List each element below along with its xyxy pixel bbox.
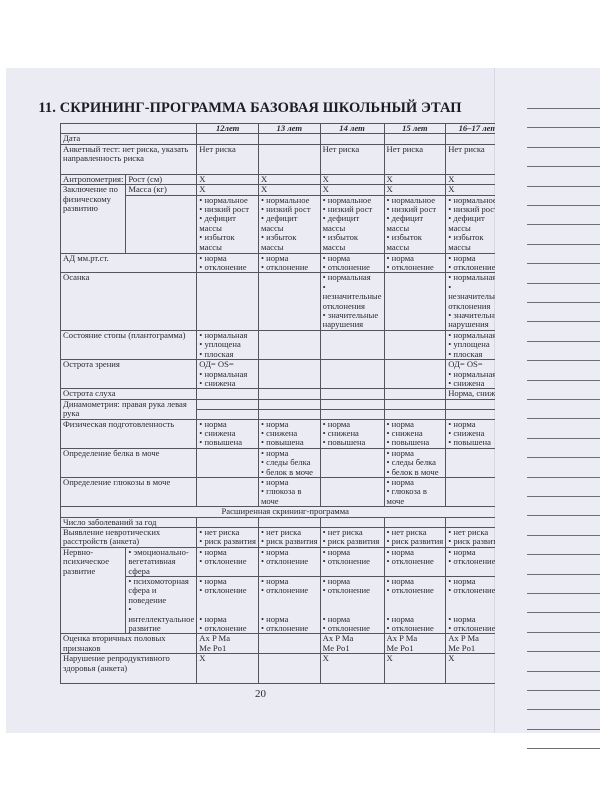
header-empty <box>61 124 197 134</box>
option-text: • отклонение <box>261 263 318 272</box>
option-text: • отклонение <box>199 557 256 566</box>
table-row: Нервно-психическое развитие • эмоциональ… <box>61 547 510 576</box>
cell: • норма• следы белка• белок в моче <box>258 448 320 477</box>
option-text: Me Po1 <box>323 644 382 653</box>
cell: X <box>384 654 446 684</box>
row-label: Состояние стопы (плантограмма) <box>61 330 197 359</box>
table-row: Острота слуха Норма, снижена <box>61 389 510 399</box>
option-text: • риск развития <box>323 537 382 546</box>
writing-line <box>527 477 600 478</box>
writing-line <box>527 341 600 342</box>
row-label: Осанка <box>61 273 197 330</box>
option-text: • риск развития <box>199 537 256 546</box>
table-header-row: 12лет 13 лет 14 лет 15 лет 16–17 лет <box>61 124 510 134</box>
row-label: Антропометрия: <box>61 174 126 184</box>
row-label: Заключение по физическому развитию <box>61 185 126 253</box>
cell: Ax P MaMe Po1 <box>320 634 384 654</box>
row-label: Острота слуха <box>61 389 197 399</box>
row-label: Физическая подготовленность <box>61 419 197 448</box>
table-row: Анкетный тест: нет риска, указать направ… <box>61 144 510 174</box>
option-text: • риск развития <box>261 537 318 546</box>
table-row: • интеллектуальное развитие • норма• отк… <box>61 605 510 634</box>
writing-line <box>527 224 600 225</box>
cell: • норма• следы белка• белок в моче <box>384 448 446 477</box>
option-text: • отклонение <box>261 624 318 633</box>
writing-line <box>527 302 600 303</box>
writing-line <box>527 205 600 206</box>
table-row: Осанка • нормальная•незначительные откло… <box>61 273 510 330</box>
option-text: • отклонение <box>323 557 382 566</box>
cell: X <box>320 174 384 184</box>
option-text: Me Po1 <box>387 644 444 653</box>
cell: • норма• снижена• повышена <box>197 419 259 448</box>
sub-label: Рост (см) <box>126 174 197 184</box>
writing-line <box>527 593 600 594</box>
table-row: Определение белка в моче • норма• следы … <box>61 448 510 477</box>
option-text: • глюкоза в моче <box>261 487 318 506</box>
option-text: • повышена <box>261 438 318 447</box>
cell: • норма• отклонение <box>197 253 259 273</box>
cell: • нормальная•незначительные отклонения• … <box>320 273 384 330</box>
option-text: • отклонение <box>199 586 256 595</box>
row-label: Динамометрия: правая рука левая рука <box>61 399 197 419</box>
cell: • норма• отклонение <box>320 253 384 273</box>
option-text: • избыток массы <box>323 233 382 252</box>
option-text: • избыток массы <box>199 233 256 252</box>
row-label: Нервно-психическое развитие <box>61 547 126 634</box>
cell: • норма• глюкоза в моче <box>258 477 320 506</box>
row-label: Число заболеваний за год <box>61 517 197 527</box>
cell: • нет риска• риск развития <box>258 528 320 548</box>
cell: • норма• снижена• повышена <box>320 419 384 448</box>
facing-page-lined <box>495 68 600 733</box>
option-text: • дефицит массы <box>199 214 256 233</box>
writing-line <box>527 496 600 497</box>
table-row: Состояние стопы (плантограмма) • нормаль… <box>61 330 510 359</box>
page-number: 20 <box>255 688 266 700</box>
row-label: Острота зрения <box>61 360 197 389</box>
cell: • нормальное• низкий рост• дефицит массы… <box>384 195 446 253</box>
table-row: Нарушение репродуктивного здоровья (анке… <box>61 654 510 684</box>
option-text: • дефицит массы <box>261 214 318 233</box>
cell: • норма• отклонение <box>384 253 446 273</box>
option-text: • нормальная <box>323 273 382 282</box>
row-label: Выявление невротических расстройств (анк… <box>61 528 197 548</box>
row-label: АД мм.рт.ст. <box>61 253 197 273</box>
cell: X <box>258 174 320 184</box>
writing-line <box>527 321 600 322</box>
writing-line <box>527 360 600 361</box>
table-row: Дата <box>61 134 510 144</box>
cell: Нет риска <box>320 144 384 174</box>
row-label: Оценка вторичных половых признаков <box>61 634 197 654</box>
option-text: • снижена <box>199 379 256 388</box>
table-row: Динамометрия: правая рука левая рука <box>61 399 510 409</box>
table-row: АД мм.рт.ст. • норма• отклонение • норма… <box>61 253 510 273</box>
table-row: Антропометрия: Рост (см) X X X X X <box>61 174 510 184</box>
cell: • нет риска• риск развития <box>384 528 446 548</box>
row-label: Определение белка в моче <box>61 448 197 477</box>
option-text: • плоская <box>199 350 256 359</box>
row-label: Анкетный тест: нет риска, указать направ… <box>61 144 197 174</box>
cell: • нормальное• низкий рост• дефицит массы… <box>197 195 259 253</box>
option-text: • отклонение <box>323 624 382 633</box>
writing-line <box>527 186 600 187</box>
table-row: Число заболеваний за год <box>61 517 510 527</box>
cell: • норма• отклонение <box>197 577 259 606</box>
cell: ОД= OS=• нормальная• снижена <box>197 360 259 389</box>
option-text: • значительные нарушения <box>323 311 382 330</box>
cell: • норма• отклонение <box>320 547 384 576</box>
option-text: • отклонение <box>261 557 318 566</box>
option-text: • отклонение <box>387 624 444 633</box>
cell: • норма• снижена• повышена <box>258 419 320 448</box>
writing-line <box>527 709 600 710</box>
cell: • нормальное• низкий рост• дефицит массы… <box>258 195 320 253</box>
option-text: • повышена <box>387 438 444 447</box>
cell: • норма• глюкоза в моче <box>384 477 446 506</box>
writing-line <box>527 574 600 575</box>
option-text: • белок в моче <box>261 468 318 477</box>
option-text: • дефицит массы <box>387 214 444 233</box>
sub-empty <box>126 195 197 253</box>
header-12: 12лет <box>197 124 259 134</box>
table-row: • нормальное• низкий рост• дефицит массы… <box>61 195 510 253</box>
cell: X <box>258 185 320 195</box>
option-text: Me Po1 <box>199 644 256 653</box>
cell: • нормальное• низкий рост• дефицит массы… <box>320 195 384 253</box>
screening-table: 12лет 13 лет 14 лет 15 лет 16–17 лет Дат… <box>60 123 510 684</box>
cell: X <box>320 185 384 195</box>
writing-line <box>527 515 600 516</box>
cell: • нет риска• риск развития <box>197 528 259 548</box>
option-text: • риск развития <box>387 537 444 546</box>
row-label: Определение глюкозы в моче <box>61 477 197 506</box>
header-13: 13 лет <box>258 124 320 134</box>
header-14: 14 лет <box>320 124 384 134</box>
option-text: • отклонение <box>387 557 444 566</box>
writing-line <box>527 244 600 245</box>
header-15: 15 лет <box>384 124 446 134</box>
writing-line <box>527 283 600 284</box>
cell: • норма• отклонение <box>258 547 320 576</box>
writing-line <box>527 147 600 148</box>
section-heading: Расширенная скрининг-программа <box>61 507 510 517</box>
document-page: 11. СКРИНИНГ-ПРОГРАММА БАЗОВАЯ ШКОЛЬНЫЙ … <box>6 68 495 733</box>
table-row: Выявление невротических расстройств (анк… <box>61 528 510 548</box>
page-title: 11. СКРИНИНГ-ПРОГРАММА БАЗОВАЯ ШКОЛЬНЫЙ … <box>6 100 494 117</box>
cell: • норма• отклонение <box>197 605 259 634</box>
cell: • норма• отклонение <box>384 547 446 576</box>
writing-line <box>527 632 600 633</box>
cell <box>258 144 320 174</box>
writing-line <box>527 127 600 128</box>
cell: • норма• отклонение <box>384 605 446 634</box>
table-row: Заключение по физическому развитию Масса… <box>61 185 510 195</box>
option-text: • дефицит массы <box>323 214 382 233</box>
writing-line <box>527 748 600 749</box>
cell: X <box>384 185 446 195</box>
table-row: • психомоторная сфера и поведение • норм… <box>61 577 510 606</box>
option-text: • повышена <box>199 438 256 447</box>
table-row: Физическая подготовленность • норма• сни… <box>61 419 510 448</box>
option-text: • отклонение <box>323 586 382 595</box>
table-row: Острота зрения ОД= OS=• нормальная• сниж… <box>61 360 510 389</box>
cell: Нет риска <box>197 144 259 174</box>
writing-line <box>527 690 600 691</box>
writing-line <box>527 535 600 536</box>
writing-line <box>527 399 600 400</box>
cell: • норма• отклонение <box>384 577 446 606</box>
option-text: • повышена <box>323 438 382 447</box>
sub-label: • психомоторная сфера и поведение <box>126 577 197 606</box>
sub-label: Масса (кг) <box>126 185 197 195</box>
writing-line <box>527 554 600 555</box>
cell: Нет риска <box>384 144 446 174</box>
row-label: Дата <box>61 134 197 144</box>
sub-label: • эмоционально-вегетативная сфера <box>126 547 197 576</box>
cell: • норма• отклонение <box>258 577 320 606</box>
writing-line <box>527 418 600 419</box>
cell: • норма• отклонение <box>258 253 320 273</box>
cell: • норма• отклонение <box>320 605 384 634</box>
writing-line <box>527 612 600 613</box>
option-text: • отклонение <box>387 586 444 595</box>
option-text: • избыток массы <box>387 233 444 252</box>
cell: • нет риска• риск развития <box>320 528 384 548</box>
cell: Ax P MaMe Po1 <box>384 634 446 654</box>
option-text: • отклонение <box>199 263 256 272</box>
table-row: Определение глюкозы в моче • норма• глюк… <box>61 477 510 506</box>
cell: Ax P MaMe Po1 <box>197 634 259 654</box>
writing-line <box>527 380 600 381</box>
cell: • норма• отклонение <box>197 547 259 576</box>
writing-line <box>527 263 600 264</box>
cell: X <box>320 654 384 684</box>
option-text: • отклонение <box>199 624 256 633</box>
writing-line <box>527 438 600 439</box>
writing-line <box>527 651 600 652</box>
sub-label: • интеллектуальное развитие <box>126 605 197 634</box>
writing-line <box>527 457 600 458</box>
cell: X <box>197 174 259 184</box>
table-row: Оценка вторичных половых признаков Ax P … <box>61 634 510 654</box>
option-text: • избыток массы <box>261 233 318 252</box>
option-text: • белок в моче <box>387 468 444 477</box>
table-row: Расширенная скрининг-программа <box>61 507 510 517</box>
option-text: • отклонение <box>387 263 444 272</box>
row-label: Нарушение репродуктивного здоровья (анке… <box>61 654 197 684</box>
cell: • норма• отклонение <box>320 577 384 606</box>
writing-line <box>527 729 600 730</box>
cell: • нормальная• уплощена• плоская <box>197 330 259 359</box>
writing-line <box>527 671 600 672</box>
cell: X <box>197 185 259 195</box>
option-text: незначительные отклонения <box>323 292 382 311</box>
cell: • норма• отклонение <box>258 605 320 634</box>
cell: X <box>197 654 259 684</box>
option-text: • отклонение <box>323 263 382 272</box>
option-text: • глюкоза в моче <box>387 487 444 506</box>
cell: • норма• снижена• повышена <box>384 419 446 448</box>
writing-line <box>527 166 600 167</box>
option-text: • отклонение <box>261 586 318 595</box>
writing-line <box>527 108 600 109</box>
cell: X <box>384 174 446 184</box>
